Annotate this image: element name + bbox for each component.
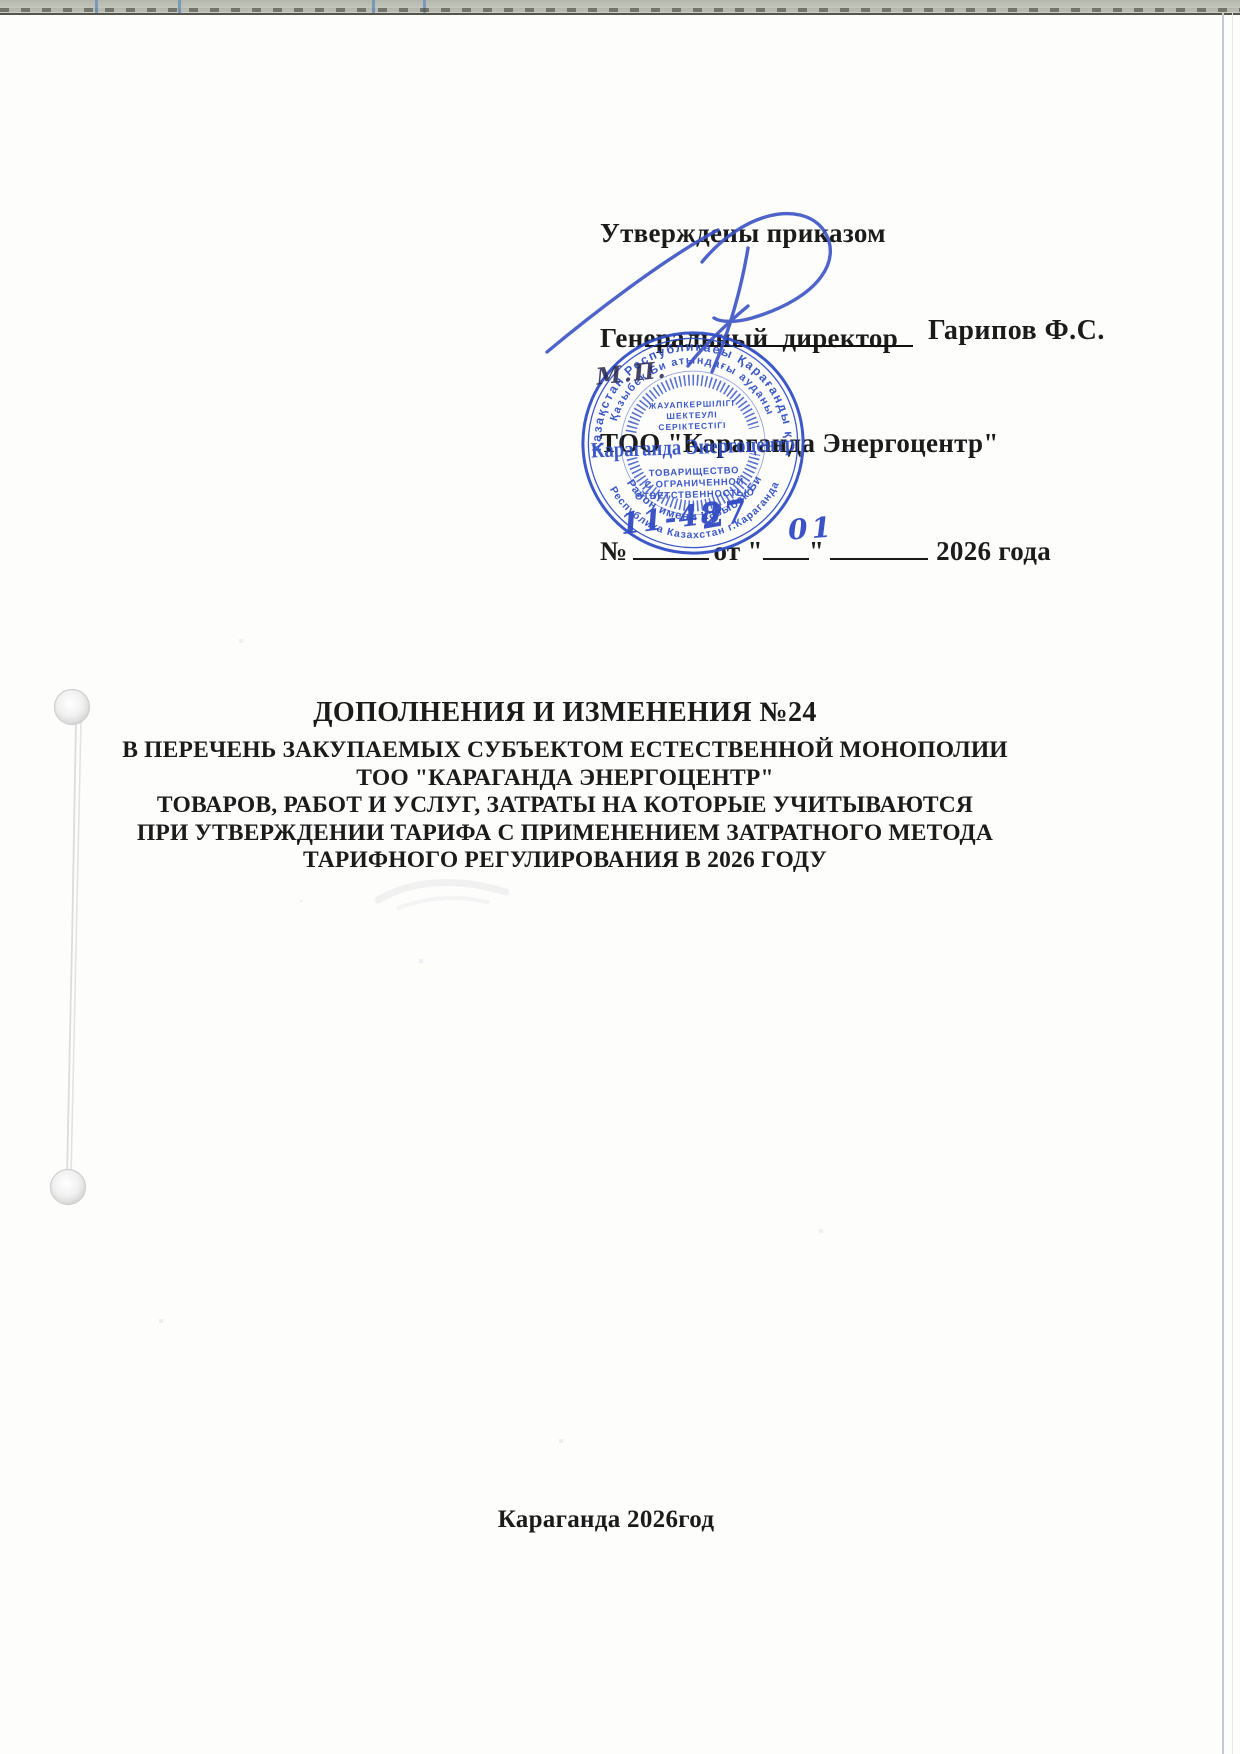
title-subline-3: ТОВАРОВ, РАБОТ И УСЛУГ, ЗАТРАТЫ НА КОТОР… [0, 792, 1130, 820]
title-block: ДОПОЛНЕНИЯ И ИЗМЕНЕНИЯ №24 В ПЕРЕЧЕНЬ ЗА… [0, 697, 1130, 875]
scan-edge-right-faint [1232, 13, 1233, 1754]
year-suffix: 2026 года [936, 536, 1051, 566]
title-subline-2: ТОО "КАРАГАНДА ЭНЕРГОЦЕНТР" [0, 765, 1130, 793]
scan-edge-top [0, 0, 1240, 15]
binder-grommet [51, 1170, 86, 1205]
scan-grid-tick [178, 0, 181, 13]
scan-edge-right [1222, 13, 1224, 1754]
title-subline-4: ПРИ УТВЕРЖДЕНИИ ТАРИФА С ПРИМЕНЕНИЕМ ЗАТ… [0, 820, 1130, 848]
title-subline-1: В ПЕРЕЧЕНЬ ЗАКУПАЕМЫХ СУБЪЕКТОМ ЕСТЕСТВЕ… [0, 737, 1130, 765]
document-title: ДОПОЛНЕНИЯ И ИЗМЕНЕНИЯ №24 [0, 697, 1130, 729]
stamp-inner-line-2: ШЕКТЕУЛІ [666, 409, 718, 421]
approval-line-1: Утверждены приказом [600, 216, 1180, 251]
stamp-inner-line-1: ЖАУАПКЕРШІЛІГІ [647, 398, 735, 411]
scan-noise-speckles [300, 900, 302, 902]
stamp-inner-line-3: СЕРІКТЕСТІГІ [658, 420, 726, 432]
signer-name: Гарипов Ф.С. [928, 315, 1105, 347]
footer-city-year: Караганда 2026год [0, 1506, 1212, 1534]
scan-grid-tick [423, 0, 426, 13]
scan-grid-tick [372, 0, 375, 13]
company-stamp: Қазақстан Республикаеы Қарағанды қ. Қазы… [570, 320, 816, 566]
scan-grid-tick [95, 0, 98, 13]
month-blank [830, 531, 928, 560]
title-subline-5: ТАРИФНОГО РЕГУЛИРОВАНИЯ В 2026 ГОДУ [0, 847, 1130, 875]
